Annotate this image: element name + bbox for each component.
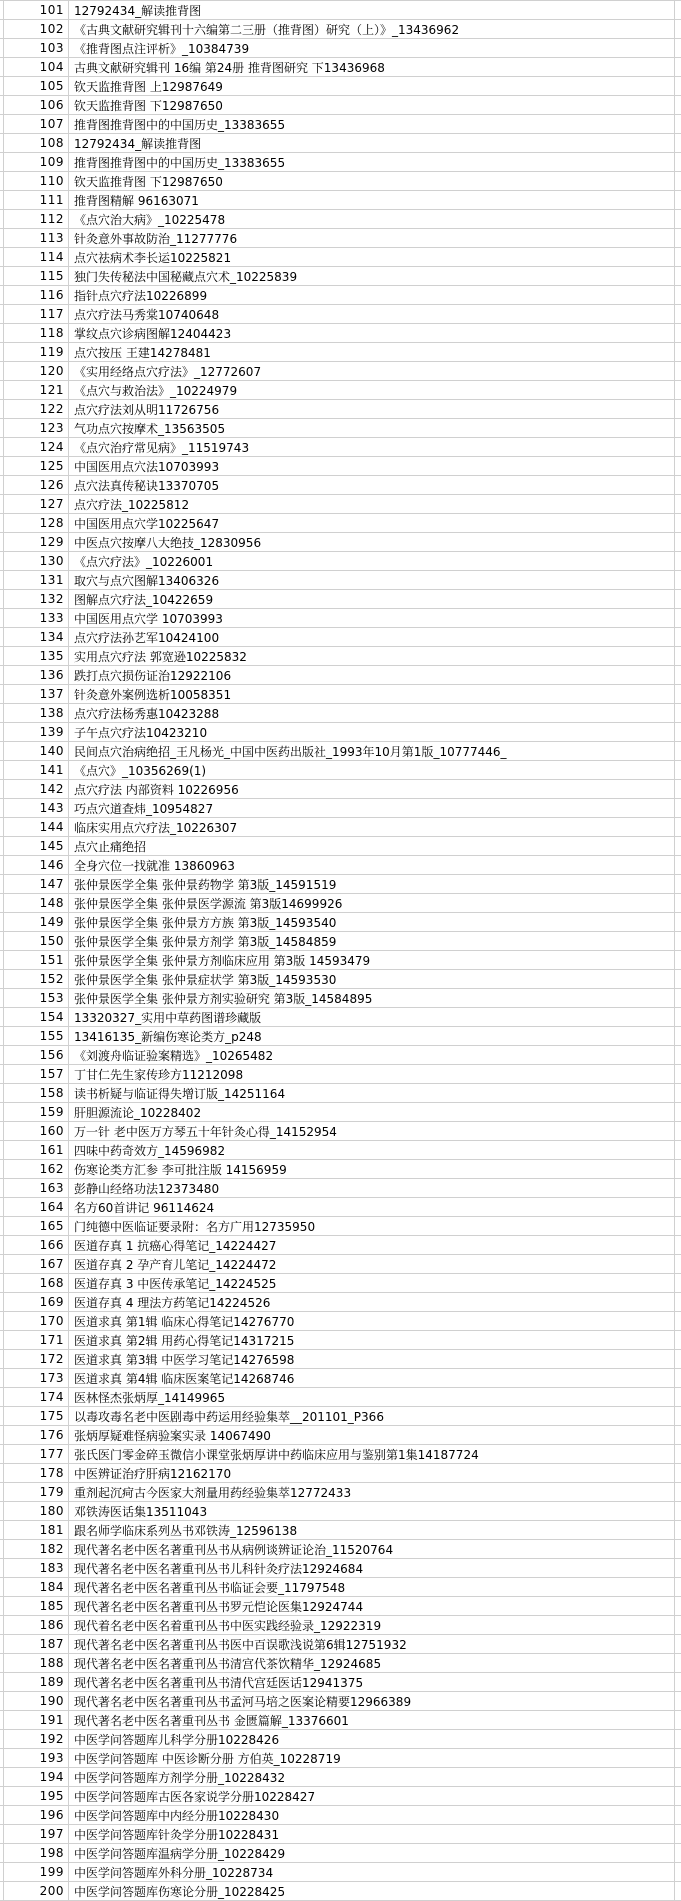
row-number-cell[interactable]: 158	[4, 1084, 69, 1102]
row-number-cell[interactable]: 146	[4, 856, 69, 874]
row-number-cell[interactable]: 139	[4, 723, 69, 741]
table-row: 197 中医学问答题库针灸学分册10228431	[0, 1825, 681, 1844]
row-number-cell[interactable]: 121	[4, 381, 69, 399]
row-number-cell[interactable]: 133	[4, 609, 69, 627]
right-margin-cell	[675, 704, 681, 722]
table-row: 194 中医学问答题库方剂学分册_10228432	[0, 1768, 681, 1787]
row-number-cell[interactable]: 118	[4, 324, 69, 342]
table-row: 175 以毒攻毒名老中医剧毒中药运用经验集萃__201101_P366	[0, 1407, 681, 1426]
row-title-cell[interactable]: 中医学问答题库古医各家说学分册10228427	[69, 1787, 675, 1805]
row-title-cell[interactable]: 丁甘仁先生家传珍方11212098	[69, 1065, 675, 1083]
row-title-cell[interactable]: 12792434_解读推背图	[69, 134, 675, 152]
row-number-cell[interactable]: 183	[4, 1559, 69, 1577]
right-margin-cell	[675, 799, 681, 817]
row-title-cell[interactable]: 医道存真 1 抗癌心得笔记_14224427	[69, 1236, 675, 1254]
row-number-cell[interactable]: 184	[4, 1578, 69, 1596]
row-number-cell[interactable]: 175	[4, 1407, 69, 1425]
row-title-cell[interactable]: 针灸意外案例选析10058351	[69, 685, 675, 703]
row-number-cell[interactable]: 101	[4, 1, 69, 19]
row-number-cell[interactable]: 177	[4, 1445, 69, 1463]
row-number-cell[interactable]: 168	[4, 1274, 69, 1292]
row-title-cell[interactable]: 名方60首讲记 96114624	[69, 1198, 675, 1216]
table-row: 128 中国医用点穴学10225647	[0, 514, 681, 533]
right-margin-cell	[675, 552, 681, 570]
row-number-cell[interactable]: 157	[4, 1065, 69, 1083]
table-row: 105 钦天监推背图 上12987649	[0, 77, 681, 96]
row-title-cell[interactable]: 张仲景医学全集 张仲景药物学 第3版_14591519	[69, 875, 675, 893]
row-title-cell[interactable]: 张仲景医学全集 张仲景医学源流 第3版14699926	[69, 894, 675, 912]
table-row: 141 《点穴》_10356269(1)	[0, 761, 681, 780]
row-title-cell[interactable]: 中医学问答题库外科分册_10228734	[69, 1863, 675, 1881]
row-number-cell[interactable]: 172	[4, 1350, 69, 1368]
row-title-cell[interactable]: 现代著名老中医名著重刊丛书孟河马培之医案论精要12966389	[69, 1692, 675, 1710]
row-title-cell[interactable]: 点穴法真传秘诀13370705	[69, 476, 675, 494]
row-title-cell[interactable]: 推背图推背图中的中国历史_13383655	[69, 115, 675, 133]
row-title-cell[interactable]: 读书析疑与临证得失增订版_14251164	[69, 1084, 675, 1102]
right-margin-cell	[675, 970, 681, 988]
row-number-cell[interactable]: 170	[4, 1312, 69, 1330]
row-title-cell[interactable]: 推背图精解 96163071	[69, 191, 675, 209]
row-title-cell[interactable]: 医道存真 2 孕产育儿笔记_14224472	[69, 1255, 675, 1273]
right-margin-cell	[675, 723, 681, 741]
row-title-cell[interactable]: 点穴按压 王建14278481	[69, 343, 675, 361]
right-margin-cell	[675, 1825, 681, 1843]
table-row: 102 《古典文献研究辑刊十六编第二三册（推背图）研究（上）》_13436962	[0, 20, 681, 39]
row-number-cell[interactable]: 119	[4, 343, 69, 361]
row-number-cell[interactable]: 194	[4, 1768, 69, 1786]
row-title-cell[interactable]: 现代著名老中医名著重刊丛书罗元恺论医集12924744	[69, 1597, 675, 1615]
row-number-cell[interactable]: 162	[4, 1160, 69, 1178]
row-title-cell[interactable]: 张仲景医学全集 张仲景症状学 第3版_14593530	[69, 970, 675, 988]
row-number-cell[interactable]: 171	[4, 1331, 69, 1349]
table-row: 156 《刘渡舟临证验案精选》_10265482	[0, 1046, 681, 1065]
row-title-cell[interactable]: 点穴疗法刘从明11726756	[69, 400, 675, 418]
right-margin-cell	[675, 1445, 681, 1463]
right-margin-cell	[675, 514, 681, 532]
row-title-cell[interactable]: 13416135_新编伤寒论类方_p248	[69, 1027, 675, 1045]
row-title-cell[interactable]: 推背图推背图中的中国历史_13383655	[69, 153, 675, 171]
right-margin-cell	[675, 837, 681, 855]
row-title-cell[interactable]: 以毒攻毒名老中医剧毒中药运用经验集萃__201101_P366	[69, 1407, 675, 1425]
row-number-cell[interactable]: 179	[4, 1483, 69, 1501]
row-number-cell[interactable]: 159	[4, 1103, 69, 1121]
row-number-cell[interactable]: 132	[4, 590, 69, 608]
row-number-cell[interactable]: 138	[4, 704, 69, 722]
row-number-cell[interactable]: 193	[4, 1749, 69, 1767]
row-number-cell[interactable]: 190	[4, 1692, 69, 1710]
table-row: 199 中医学问答题库外科分册_10228734	[0, 1863, 681, 1882]
table-row: 112 《点穴治大病》_10225478	[0, 210, 681, 229]
row-title-cell[interactable]: 气功点穴按摩术_13563505	[69, 419, 675, 437]
row-title-cell[interactable]: 《实用经络点穴疗法》_12772607	[69, 362, 675, 380]
right-margin-cell	[675, 191, 681, 209]
row-number-cell[interactable]: 104	[4, 58, 69, 76]
row-number-cell[interactable]: 181	[4, 1521, 69, 1539]
row-title-cell[interactable]: 张氏医门零金碎玉微信小课堂张炳厚讲中药临床应用与鉴别第1集14187724	[69, 1445, 675, 1463]
row-number-cell[interactable]: 108	[4, 134, 69, 152]
row-title-cell[interactable]: 伤寒论类方汇参 李可批注版 14156959	[69, 1160, 675, 1178]
row-number-cell[interactable]: 182	[4, 1540, 69, 1558]
row-number-cell[interactable]: 140	[4, 742, 69, 760]
table-row: 183 现代著名老中医名著重刊丛书儿科针灸疗法12924684	[0, 1559, 681, 1578]
table-row: 127 点穴疗法_10225812	[0, 495, 681, 514]
table-row: 157 丁甘仁先生家传珍方11212098	[0, 1065, 681, 1084]
row-number-cell[interactable]: 125	[4, 457, 69, 475]
row-number-cell[interactable]: 148	[4, 894, 69, 912]
row-title-cell[interactable]: 《点穴》_10356269(1)	[69, 761, 675, 779]
row-title-cell[interactable]: 张仲景医学全集 张仲景方方族 第3版_14593540	[69, 913, 675, 931]
row-title-cell[interactable]: 《推背图点注评析》_10384739	[69, 39, 675, 57]
right-margin-cell	[675, 267, 681, 285]
right-margin-cell	[675, 685, 681, 703]
row-title-cell[interactable]: 点穴祛病术李长运10225821	[69, 248, 675, 266]
row-number-cell[interactable]: 173	[4, 1369, 69, 1387]
row-number-cell[interactable]: 199	[4, 1863, 69, 1881]
row-number-cell[interactable]: 191	[4, 1711, 69, 1729]
row-number-cell[interactable]: 167	[4, 1255, 69, 1273]
row-title-cell[interactable]: 《刘渡舟临证验案精选》_10265482	[69, 1046, 675, 1064]
table-row: 138 点穴疗法杨秀惠10423288	[0, 704, 681, 723]
row-title-cell[interactable]: 《点穴治疗常见病》_11519743	[69, 438, 675, 456]
row-title-cell[interactable]: 现代着名老中医名着重刊丛书中医实践经验录_12922319	[69, 1616, 675, 1634]
row-title-cell[interactable]: 13320327_实用中草药图谱珍藏版	[69, 1008, 675, 1026]
right-margin-cell	[675, 248, 681, 266]
row-title-cell[interactable]: 古典文献研究辑刊 16编 第24册 推背图研究 下13436968	[69, 58, 675, 76]
table-row: 165 门纯德中医临证要录附：名方广用12735950	[0, 1217, 681, 1236]
row-title-cell[interactable]: 中国医用点穴法10703993	[69, 457, 675, 475]
row-number-cell[interactable]: 178	[4, 1464, 69, 1482]
table-row: 148 张仲景医学全集 张仲景医学源流 第3版14699926	[0, 894, 681, 913]
row-number-cell[interactable]: 129	[4, 533, 69, 551]
right-margin-cell	[675, 1350, 681, 1368]
row-number-cell[interactable]: 145	[4, 837, 69, 855]
row-number-cell[interactable]: 115	[4, 267, 69, 285]
row-number-cell[interactable]: 200	[4, 1882, 69, 1900]
row-title-cell[interactable]: 中医辨证治疗肝病12162170	[69, 1464, 675, 1482]
row-title-cell[interactable]: 点穴疗法马秀棠10740648	[69, 305, 675, 323]
right-margin-cell	[675, 1046, 681, 1064]
right-margin-cell	[675, 1331, 681, 1349]
row-number-cell[interactable]: 117	[4, 305, 69, 323]
row-title-cell[interactable]: 医道求真 第4辑 临床医案笔记14268746	[69, 1369, 675, 1387]
row-number-cell[interactable]: 192	[4, 1730, 69, 1748]
row-number-cell[interactable]: 150	[4, 932, 69, 950]
row-number-cell[interactable]: 196	[4, 1806, 69, 1824]
row-number-cell[interactable]: 189	[4, 1673, 69, 1691]
right-margin-cell	[675, 1730, 681, 1748]
row-title-cell[interactable]: 肝胆源流论_10228402	[69, 1103, 675, 1121]
row-number-cell[interactable]: 112	[4, 210, 69, 228]
row-number-cell[interactable]: 151	[4, 951, 69, 969]
row-number-cell[interactable]: 123	[4, 419, 69, 437]
right-margin-cell	[675, 1578, 681, 1596]
table-row: 132 图解点穴疗法_10422659	[0, 590, 681, 609]
table-row: 115 独门失传秘法中国秘藏点穴术_10225839	[0, 267, 681, 286]
row-number-cell[interactable]: 186	[4, 1616, 69, 1634]
row-number-cell[interactable]: 111	[4, 191, 69, 209]
row-title-cell[interactable]: 点穴疗法_10225812	[69, 495, 675, 513]
row-number-cell[interactable]: 134	[4, 628, 69, 646]
row-number-cell[interactable]: 102	[4, 20, 69, 38]
row-title-cell[interactable]: 中医学问答题库针灸学分册10228431	[69, 1825, 675, 1843]
row-title-cell[interactable]: 现代著名老中医名著重刊丛书从病例谈辨证论治_11520764	[69, 1540, 675, 1558]
row-number-cell[interactable]: 149	[4, 913, 69, 931]
row-title-cell[interactable]: 子午点穴疗法10423210	[69, 723, 675, 741]
row-number-cell[interactable]: 197	[4, 1825, 69, 1843]
right-margin-cell	[675, 286, 681, 304]
row-title-cell[interactable]: 《点穴疗法》_10226001	[69, 552, 675, 570]
table-row: 184 现代著名老中医名著重刊丛书临证会要_11797548	[0, 1578, 681, 1597]
table-row: 176 张炳厚疑难怪病验案实录 14067490	[0, 1426, 681, 1445]
table-row: 198 中医学问答题库温病学分册_10228429	[0, 1844, 681, 1863]
right-margin-cell	[675, 1236, 681, 1254]
row-title-cell[interactable]: 医道存真 3 中医传承笔记_14224525	[69, 1274, 675, 1292]
row-number-cell[interactable]: 185	[4, 1597, 69, 1615]
row-title-cell[interactable]: 取穴与点穴图解13406326	[69, 571, 675, 589]
right-margin-cell	[675, 400, 681, 418]
row-title-cell[interactable]: 全身穴位一找就准 13860963	[69, 856, 675, 874]
table-row: 121 《点穴与救治法》_10224979	[0, 381, 681, 400]
table-row: 188 现代著名老中医名著重刊丛书清宫代茶饮精华_12924685	[0, 1654, 681, 1673]
table-row: 191 现代著名老中医名著重刊丛书 金匮篇解_13376601	[0, 1711, 681, 1730]
row-title-cell[interactable]: 现代著名老中医名著重刊丛书清宫代茶饮精华_12924685	[69, 1654, 675, 1672]
row-title-cell[interactable]: 现代著名老中医名著重刊丛书医中百误歌浅说第6辑12751932	[69, 1635, 675, 1653]
row-number-cell[interactable]: 126	[4, 476, 69, 494]
table-row: 179 重剂起沉疴古今医家大剂量用药经验集萃12772433	[0, 1483, 681, 1502]
row-number-cell[interactable]: 128	[4, 514, 69, 532]
right-margin-cell	[675, 1502, 681, 1520]
row-number-cell[interactable]: 198	[4, 1844, 69, 1862]
table-row: 142 点穴疗法 内部资料 10226956	[0, 780, 681, 799]
row-title-cell[interactable]: 中医学问答题库温病学分册_10228429	[69, 1844, 675, 1862]
table-row: 174 医林怪杰张炳厚_14149965	[0, 1388, 681, 1407]
row-number-cell[interactable]: 169	[4, 1293, 69, 1311]
row-number-cell[interactable]: 131	[4, 571, 69, 589]
row-title-cell[interactable]: 掌纹点穴诊病图解12404423	[69, 324, 675, 342]
table-row: 114 点穴祛病术李长运10225821	[0, 248, 681, 267]
right-margin-cell	[675, 666, 681, 684]
row-title-cell[interactable]: 12792434_解读推背图	[69, 1, 675, 19]
table-row: 187 现代著名老中医名著重刊丛书医中百误歌浅说第6辑12751932	[0, 1635, 681, 1654]
row-number-cell[interactable]: 144	[4, 818, 69, 836]
row-title-cell[interactable]: 重剂起沉疴古今医家大剂量用药经验集萃12772433	[69, 1483, 675, 1501]
table-row: 131 取穴与点穴图解13406326	[0, 571, 681, 590]
row-title-cell[interactable]: 张炳厚疑难怪病验案实录 14067490	[69, 1426, 675, 1444]
table-row: 116 指针点穴疗法10226899	[0, 286, 681, 305]
table-row: 143 巧点穴道查炜_10954827	[0, 799, 681, 818]
row-title-cell[interactable]: 《古典文献研究辑刊十六编第二三册（推背图）研究（上）》_13436962	[69, 20, 675, 38]
row-title-cell[interactable]: 指针点穴疗法10226899	[69, 286, 675, 304]
row-number-cell[interactable]: 195	[4, 1787, 69, 1805]
row-title-cell[interactable]: 四味中药奇效方_14596982	[69, 1141, 675, 1159]
row-number-cell[interactable]: 141	[4, 761, 69, 779]
row-title-cell[interactable]: 跟名师学临床系列丛书邓铁涛_12596138	[69, 1521, 675, 1539]
table-row: 146 全身穴位一找就准 13860963	[0, 856, 681, 875]
row-title-cell[interactable]: 张仲景医学全集 张仲景方剂临床应用 第3版 14593479	[69, 951, 675, 969]
row-title-cell[interactable]: 民间点穴治病绝招_王凡杨光_中国中医药出版社_1993年10月第1版_10777…	[69, 742, 675, 760]
table-row: 108 12792434_解读推背图	[0, 134, 681, 153]
row-title-cell[interactable]: 临床实用点穴疗法_10226307	[69, 818, 675, 836]
right-margin-cell	[675, 533, 681, 551]
row-title-cell[interactable]: 《点穴与救治法》_10224979	[69, 381, 675, 399]
right-margin-cell	[675, 210, 681, 228]
row-title-cell[interactable]: 张仲景医学全集 张仲景方剂学 第3版_14584859	[69, 932, 675, 950]
row-number-cell[interactable]: 176	[4, 1426, 69, 1444]
right-margin-cell	[675, 1198, 681, 1216]
right-margin-cell	[675, 1274, 681, 1292]
row-number-cell[interactable]: 130	[4, 552, 69, 570]
right-margin-cell	[675, 1844, 681, 1862]
row-number-cell[interactable]: 174	[4, 1388, 69, 1406]
row-title-cell[interactable]: 现代著名老中医名著重刊丛书 金匮篇解_13376601	[69, 1711, 675, 1729]
row-title-cell[interactable]: 医道求真 第3辑 中医学习笔记14276598	[69, 1350, 675, 1368]
row-number-cell[interactable]: 160	[4, 1122, 69, 1140]
table-row: 144 临床实用点穴疗法_10226307	[0, 818, 681, 837]
row-title-cell[interactable]: 门纯德中医临证要录附：名方广用12735950	[69, 1217, 675, 1235]
row-number-cell[interactable]: 137	[4, 685, 69, 703]
right-margin-cell	[675, 1673, 681, 1691]
row-number-cell[interactable]: 187	[4, 1635, 69, 1653]
row-title-cell[interactable]: 医道存真 4 理法方药笔记14224526	[69, 1293, 675, 1311]
row-number-cell[interactable]: 105	[4, 77, 69, 95]
row-title-cell[interactable]: 实用点穴疗法 郭宽逊10225832	[69, 647, 675, 665]
row-title-cell[interactable]: 《点穴治大病》_10225478	[69, 210, 675, 228]
table-row: 111 推背图精解 96163071	[0, 191, 681, 210]
row-title-cell[interactable]: 中医学问答题库方剂学分册_10228432	[69, 1768, 675, 1786]
table-row: 162 伤寒论类方汇参 李可批注版 14156959	[0, 1160, 681, 1179]
row-number-cell[interactable]: 127	[4, 495, 69, 513]
row-title-cell[interactable]: 张仲景医学全集 张仲景方剂实验研究 第3版_14584895	[69, 989, 675, 1007]
table-row: 161 四味中药奇效方_14596982	[0, 1141, 681, 1160]
right-margin-cell	[675, 628, 681, 646]
row-number-cell[interactable]: 147	[4, 875, 69, 893]
row-title-cell[interactable]: 点穴止痛绝招	[69, 837, 675, 855]
row-title-cell[interactable]: 钦天监推背图 下12987650	[69, 96, 675, 114]
row-title-cell[interactable]: 图解点穴疗法_10422659	[69, 590, 675, 608]
right-margin-cell	[675, 172, 681, 190]
row-title-cell[interactable]: 钦天监推背图 上12987649	[69, 77, 675, 95]
right-margin-cell	[675, 761, 681, 779]
row-number-cell[interactable]: 107	[4, 115, 69, 133]
table-row: 171 医道求真 第2辑 用药心得笔记14317215	[0, 1331, 681, 1350]
table-row: 192 中医学问答题库儿科学分册10228426	[0, 1730, 681, 1749]
row-title-cell[interactable]: 点穴疗法杨秀惠10423288	[69, 704, 675, 722]
row-title-cell[interactable]: 中国医用点穴学 10703993	[69, 609, 675, 627]
right-margin-cell	[675, 1, 681, 19]
right-margin-cell	[675, 20, 681, 38]
right-margin-cell	[675, 1027, 681, 1045]
right-margin-cell	[675, 1749, 681, 1767]
row-title-cell[interactable]: 钦天监推背图 下12987650	[69, 172, 675, 190]
row-number-cell[interactable]: 103	[4, 39, 69, 57]
row-number-cell[interactable]: 164	[4, 1198, 69, 1216]
row-title-cell[interactable]: 独门失传秘法中国秘藏点穴术_10225839	[69, 267, 675, 285]
row-title-cell[interactable]: 医道求真 第2辑 用药心得笔记14317215	[69, 1331, 675, 1349]
row-number-cell[interactable]: 155	[4, 1027, 69, 1045]
row-number-cell[interactable]: 161	[4, 1141, 69, 1159]
row-title-cell[interactable]: 现代著名老中医名著重刊丛书清代宫廷医话12941375	[69, 1673, 675, 1691]
right-margin-cell	[675, 153, 681, 171]
right-margin-cell	[675, 989, 681, 1007]
row-title-cell[interactable]: 中医学问答题库 中医诊断分册 方伯英_10228719	[69, 1749, 675, 1767]
row-title-cell[interactable]: 巧点穴道查炜_10954827	[69, 799, 675, 817]
row-number-cell[interactable]: 153	[4, 989, 69, 1007]
right-margin-cell	[675, 1882, 681, 1900]
right-margin-cell	[675, 913, 681, 931]
right-margin-cell	[675, 1806, 681, 1824]
row-title-cell[interactable]: 邓铁涛医话集13511043	[69, 1502, 675, 1520]
right-margin-cell	[675, 495, 681, 513]
row-title-cell[interactable]: 医道求真 第1辑 临床心得笔记14276770	[69, 1312, 675, 1330]
table-row: 137 针灸意外案例选析10058351	[0, 685, 681, 704]
row-number-cell[interactable]: 188	[4, 1654, 69, 1672]
right-margin-cell	[675, 476, 681, 494]
right-margin-cell	[675, 324, 681, 342]
table-row: 129 中医点穴按摩八大绝技_12830956	[0, 533, 681, 552]
row-number-cell[interactable]: 136	[4, 666, 69, 684]
row-number-cell[interactable]: 180	[4, 1502, 69, 1520]
row-number-cell[interactable]: 114	[4, 248, 69, 266]
row-number-cell[interactable]: 106	[4, 96, 69, 114]
row-number-cell[interactable]: 109	[4, 153, 69, 171]
table-row: 145 点穴止痛绝招	[0, 837, 681, 856]
right-margin-cell	[675, 1692, 681, 1710]
row-title-cell[interactable]: 现代著名老中医名著重刊丛书临证会要_11797548	[69, 1578, 675, 1596]
row-title-cell[interactable]: 中医学问答题库儿科学分册10228426	[69, 1730, 675, 1748]
row-number-cell[interactable]: 122	[4, 400, 69, 418]
right-margin-cell	[675, 875, 681, 893]
right-margin-cell	[675, 647, 681, 665]
row-title-cell[interactable]: 点穴疗法 内部资料 10226956	[69, 780, 675, 798]
table-row: 166 医道存真 1 抗癌心得笔记_14224427	[0, 1236, 681, 1255]
row-title-cell[interactable]: 针灸意外事故防治_11277776	[69, 229, 675, 247]
row-number-cell[interactable]: 163	[4, 1179, 69, 1197]
row-title-cell[interactable]: 跌打点穴损伤证治12922106	[69, 666, 675, 684]
row-title-cell[interactable]: 点穴疗法孙艺军10424100	[69, 628, 675, 646]
row-title-cell[interactable]: 中医学问答题库中内经分册10228430	[69, 1806, 675, 1824]
row-number-cell[interactable]: 135	[4, 647, 69, 665]
table-row: 182 现代著名老中医名著重刊丛书从病例谈辨证论治_11520764	[0, 1540, 681, 1559]
row-number-cell[interactable]: 166	[4, 1236, 69, 1254]
row-title-cell[interactable]: 万一针 老中医万方琴五十年针灸心得_14152954	[69, 1122, 675, 1140]
row-title-cell[interactable]: 中医学问答题库伤寒论分册_10228425	[69, 1882, 675, 1900]
table-row: 159 肝胆源流论_10228402	[0, 1103, 681, 1122]
row-number-cell[interactable]: 152	[4, 970, 69, 988]
row-title-cell[interactable]: 中国医用点穴学10225647	[69, 514, 675, 532]
row-number-cell[interactable]: 124	[4, 438, 69, 456]
row-title-cell[interactable]: 彭静山经络功法12373480	[69, 1179, 675, 1197]
row-number-cell[interactable]: 120	[4, 362, 69, 380]
row-number-cell[interactable]: 116	[4, 286, 69, 304]
right-margin-cell	[675, 1369, 681, 1387]
table-row: 167 医道存真 2 孕产育儿笔记_14224472	[0, 1255, 681, 1274]
row-title-cell[interactable]: 医林怪杰张炳厚_14149965	[69, 1388, 675, 1406]
right-margin-cell	[675, 742, 681, 760]
row-number-cell[interactable]: 156	[4, 1046, 69, 1064]
row-number-cell[interactable]: 143	[4, 799, 69, 817]
row-number-cell[interactable]: 165	[4, 1217, 69, 1235]
row-title-cell[interactable]: 中医点穴按摩八大绝技_12830956	[69, 533, 675, 551]
row-number-cell[interactable]: 110	[4, 172, 69, 190]
row-number-cell[interactable]: 142	[4, 780, 69, 798]
table-row: 178 中医辨证治疗肝病12162170	[0, 1464, 681, 1483]
right-margin-cell	[675, 1635, 681, 1653]
right-margin-cell	[675, 1597, 681, 1615]
row-number-cell[interactable]: 113	[4, 229, 69, 247]
row-title-cell[interactable]: 现代著名老中医名著重刊丛书儿科针灸疗法12924684	[69, 1559, 675, 1577]
row-number-cell[interactable]: 154	[4, 1008, 69, 1026]
right-margin-cell	[675, 1141, 681, 1159]
